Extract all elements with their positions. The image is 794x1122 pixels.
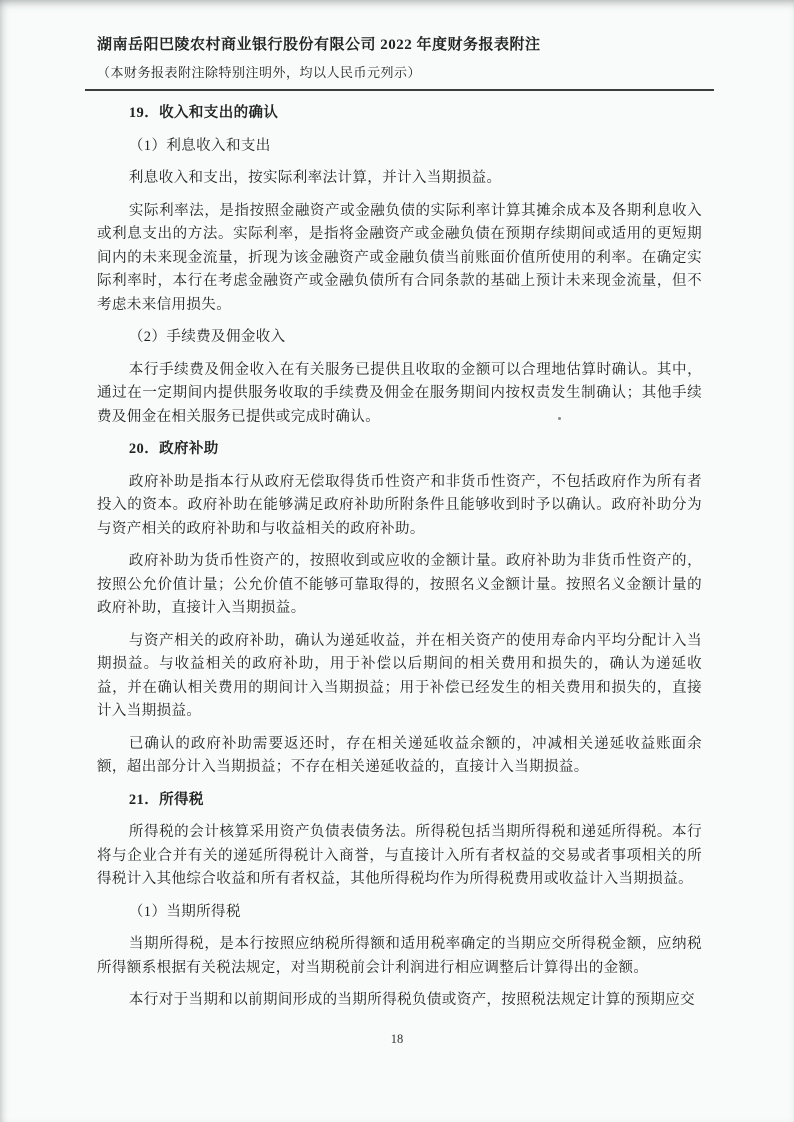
sub-heading-fee-commission-income: （2）手续费及佣金收入 bbox=[97, 326, 702, 350]
page-header: 湖南岳阳巴陵农村商业银行股份有限公司 2022 年度财务报表附注 （本财务报表附… bbox=[85, 34, 714, 91]
paragraph: 利息收入和支出，按实际利率法计算，并计入当期损益。 bbox=[97, 167, 702, 191]
scan-speck bbox=[558, 417, 561, 420]
document-subtitle-note: （本财务报表附注除特别注明外，均以人民币元列示） bbox=[85, 64, 714, 82]
paragraph: 所得税的会计核算采用资产负债表债务法。所得税包括当期所得税和递延所得税。本行将与… bbox=[97, 821, 702, 892]
document-body: 19．收入和支出的确认 （1）利息收入和支出 利息收入和支出，按实际利率法计算，… bbox=[97, 102, 702, 1013]
page-number: 18 bbox=[0, 1032, 794, 1047]
paragraph: 政府补助为货币性资产的，按照收到或应收的金额计量。政府补助为非货币性资产的，按照… bbox=[97, 550, 702, 621]
section-19-heading: 19．收入和支出的确认 bbox=[97, 102, 702, 126]
paragraph: 已确认的政府补助需要返还时，存在相关递延收益余额的，冲减相关递延收益账面余额，超… bbox=[97, 733, 702, 780]
sub-heading-current-income-tax: （1）当期所得税 bbox=[97, 901, 702, 925]
paragraph: 本行手续费及佣金收入在有关服务已提供且收取的金额可以合理地估算时确认。其中，通过… bbox=[97, 359, 702, 430]
paragraph: 政府补助是指本行从政府无偿取得货币性资产和非货币性资产，不包括政府作为所有者投入… bbox=[97, 471, 702, 542]
document-page: 湖南岳阳巴陵农村商业银行股份有限公司 2022 年度财务报表附注 （本财务报表附… bbox=[0, 0, 794, 1122]
paragraph: 与资产相关的政府补助，确认为递延收益，并在相关资产的使用寿命内平均分配计入当期损… bbox=[97, 630, 702, 724]
document-title: 湖南岳阳巴陵农村商业银行股份有限公司 2022 年度财务报表附注 bbox=[85, 34, 714, 56]
sub-heading-interest-income: （1）利息收入和支出 bbox=[97, 135, 702, 159]
section-21-heading: 21．所得税 bbox=[97, 789, 702, 813]
section-20-heading: 20．政府补助 bbox=[97, 438, 702, 462]
paragraph: 本行对于当期和以前期间形成的当期所得税负债或资产，按照税法规定计算的预期应交 bbox=[97, 989, 702, 1013]
paragraph: 当期所得税，是本行按照应纳税所得额和适用税率确定的当期应交所得税金额，应纳税所得… bbox=[97, 933, 702, 980]
paragraph: 实际利率法，是指按照金融资产或金融负债的实际利率计算其摊余成本及各期利息收入或利… bbox=[97, 200, 702, 318]
